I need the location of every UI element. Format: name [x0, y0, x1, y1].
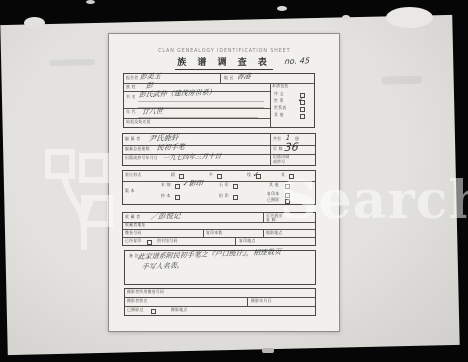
- divider: [270, 134, 271, 165]
- label-holder: 收 藏 者: [125, 215, 140, 219]
- label-compiler: 编 纂 者: [125, 137, 140, 141]
- label-contents-item: 世 系: [274, 99, 284, 103]
- genealogy-survey-form-page: CLAN GENEALOGY IDENTIFICATION SHEET 族 谱 …: [108, 33, 340, 332]
- label-microfilm-no: 微卷号码: [125, 231, 142, 235]
- divider: [125, 297, 315, 298]
- label-contents-item: 世系表: [274, 106, 286, 110]
- tick-icon: ✓: [252, 171, 259, 178]
- label-lendable-2: 复 制: [266, 218, 276, 222]
- film-artifact-blob: [342, 15, 350, 20]
- label-binding-opt: 线: [247, 173, 251, 177]
- value-locality: 香港: [236, 74, 251, 82]
- checkbox-icon: [285, 184, 290, 189]
- label-locality: 地 区: [224, 76, 234, 80]
- film-artifact-blob: [24, 17, 45, 29]
- value-holder: ／彭悦记: [150, 212, 181, 220]
- label-edition-opt: 复印本: [267, 192, 279, 196]
- label-binding-opt: 其: [281, 173, 285, 177]
- label-binding-opt: 精: [171, 173, 175, 177]
- label-edition-opt: 铅 印: [219, 194, 229, 198]
- writing-rule: [138, 101, 264, 102]
- label-edition-opt: 木 刻: [161, 183, 171, 187]
- label-binding-opt: 平: [209, 173, 213, 177]
- label-filming-place: 缩影地点: [266, 231, 283, 235]
- value-generations: 廿八世: [141, 108, 163, 116]
- label-generations: 年 代: [126, 110, 136, 114]
- checkbox-icon: [285, 199, 290, 204]
- film-frame: CLAN GENEALOGY IDENTIFICATION SHEET 族 谱 …: [0, 0, 468, 362]
- value-compile-count: 民初手笔: [156, 144, 185, 152]
- label-edition-opt: 石 印: [219, 183, 229, 187]
- checkbox-icon: [179, 174, 184, 179]
- label-pub-date: 出版或抄写年月日: [125, 156, 158, 160]
- label-surname: 族 姓: [126, 85, 136, 89]
- table-compiler: 编 纂 者 尹氏鹿轩 共有 1 册 编纂总卷册数 民初手笔 页 数 36 出版或…: [122, 133, 316, 166]
- label-pub-type-2: 或抄写: [273, 160, 285, 164]
- film-streak: [382, 76, 422, 85]
- checkbox-icon: [300, 107, 305, 112]
- value-pub-date: 一九七四年三月十日: [162, 153, 221, 162]
- film-artifact-blob: [86, 0, 95, 4]
- checkbox-icon: [300, 114, 305, 119]
- label-photographed: 已摄影过: [127, 308, 144, 312]
- checkbox-icon: [175, 195, 180, 200]
- label-photographer-name: 摄影者姓名: [127, 299, 148, 303]
- film-artifact-blob: [277, 6, 287, 11]
- divider: [263, 229, 264, 237]
- checkbox-icon: [175, 184, 180, 189]
- label-reporter: 报告者: [126, 76, 138, 80]
- value-pages: 36: [284, 144, 299, 152]
- label-photo-place: 摄影地点: [171, 308, 188, 312]
- divider: [247, 297, 248, 306]
- checkbox-icon: [147, 240, 152, 245]
- label-edition-opt: 已摄影: [267, 198, 279, 202]
- checkbox-icon: [289, 174, 294, 179]
- divider: [270, 83, 271, 127]
- value-surname: 彭: [145, 83, 153, 90]
- checkbox-icon: [217, 174, 222, 179]
- checkbox-icon: [151, 309, 156, 314]
- label-edition-opt: 其 他: [269, 183, 279, 187]
- table-basic-info: 报告者 彭美玉 地 区 香港 族 姓 彭 书 名 彭氏武仲（建茂房世系） 年 代…: [123, 73, 315, 128]
- label-photographer-microfilm: 摄影者所用微卷号码: [127, 290, 164, 294]
- value-book-title: 彭氏武仲（建茂房世系）: [138, 89, 216, 99]
- film-artifact-blob: [386, 7, 433, 28]
- label-copy-place: 复印地点: [239, 239, 256, 243]
- label-first-ancestor: 始祖及始迁祖: [126, 120, 151, 124]
- divider: [220, 74, 221, 83]
- divider: [203, 229, 204, 237]
- label-book-title: 书 名: [126, 95, 136, 99]
- divider: [125, 306, 315, 307]
- label-compile-count: 编纂总卷册数: [125, 147, 150, 151]
- notes-handwritten-line2: 手写人名表。: [141, 263, 184, 271]
- divider: [123, 237, 315, 238]
- checkbox-icon: [285, 193, 290, 198]
- label-edition: 版 本: [125, 189, 135, 193]
- label-contents-item: 序 文: [274, 92, 284, 96]
- checkbox-icon: [233, 184, 238, 189]
- checkbox-icon: [233, 195, 238, 200]
- table-edition: 装订形式 精 平 线 ✓ 其 版 本 木 刻 ✓影印 石 印 其 他 抄 本 铅…: [122, 170, 316, 205]
- label-edition-opt: 抄 本: [161, 194, 171, 198]
- film-streak: [49, 59, 95, 66]
- page-title: 族 谱 调 查 表: [175, 55, 273, 70]
- divider: [123, 222, 315, 223]
- handwritten-edition-note: ✓影印: [182, 180, 203, 188]
- label-copied: 已经复印: [125, 239, 142, 243]
- label-volumes: 共有: [273, 137, 281, 141]
- table-photographer: 摄影者所用微卷号码 摄影者姓名 摄影年月日 已摄影过 摄影地点: [124, 288, 316, 316]
- value-reporter: 彭美玉: [139, 73, 161, 81]
- writing-rule: [138, 117, 258, 118]
- label-copy-count: 复印本数: [206, 231, 223, 235]
- divider: [235, 237, 236, 245]
- film-artifact-notch: [262, 348, 274, 353]
- tick-icon: ✓: [297, 96, 304, 103]
- notes-handwritten-line1: 此家谱系附民初手笔之『户口统计』，相连数页: [137, 249, 281, 261]
- label-contents-item: 其 他: [274, 113, 284, 117]
- label-pages: 页 数: [273, 147, 283, 151]
- value-compiler: 尹氏鹿轩: [148, 134, 179, 142]
- label-pub-type-1: 出版印刷: [273, 155, 290, 159]
- label-library-no: 图书馆号码: [157, 239, 178, 243]
- table-holder: 收 藏 者 ／彭悦记 可否借出 复 制 收藏者地址 微卷号码 复印本数 缩影地点…: [122, 212, 316, 246]
- label-binding: 装订形式: [125, 173, 142, 177]
- label-contents-header: 本谱包括: [272, 84, 289, 88]
- divider: [263, 213, 264, 222]
- sheet-number: no. 45: [284, 57, 310, 65]
- label-photo-date: 摄影年月日: [251, 299, 272, 303]
- label-holder-address: 收藏者地址: [125, 223, 146, 227]
- notes-box: 备 注 此家谱系附民初手笔之『户口统计』，相连数页 手写人名表。: [124, 250, 316, 285]
